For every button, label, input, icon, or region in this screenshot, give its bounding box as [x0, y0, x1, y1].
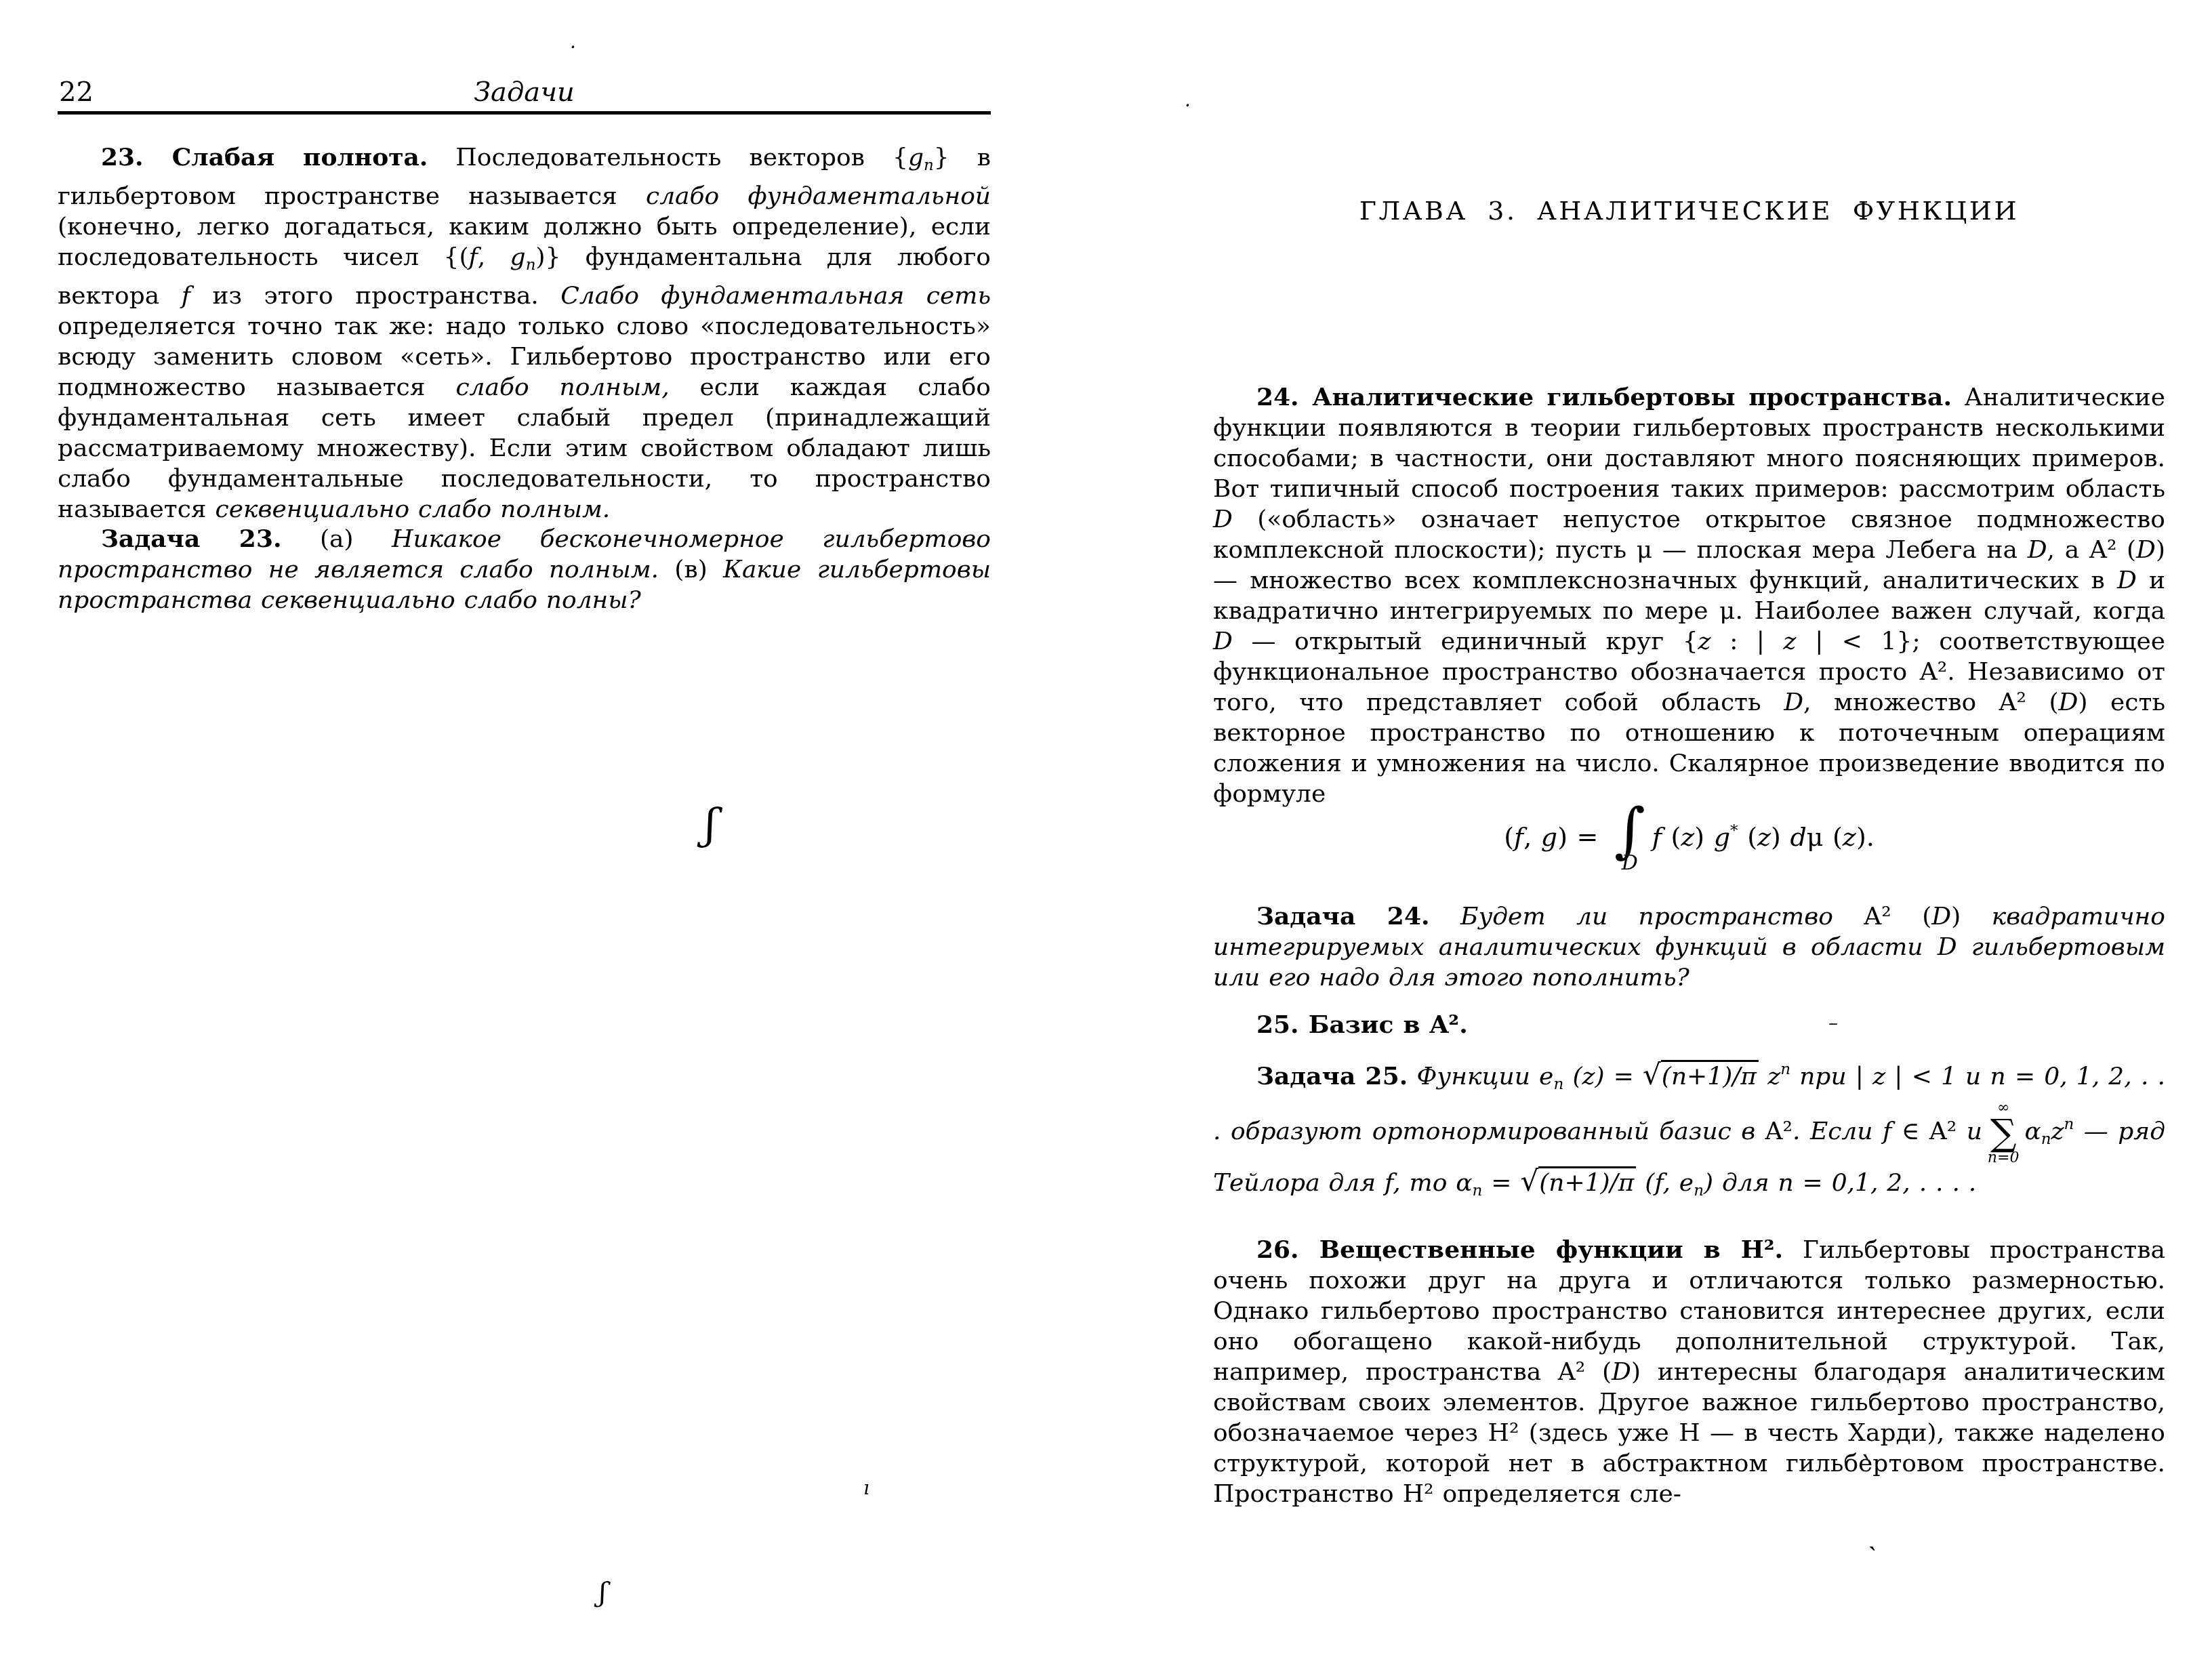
text-run: 25. Базис в A². [1256, 1010, 1468, 1039]
text-run: ) [1771, 822, 1790, 852]
integral-sign-icon: ∫ [1614, 805, 1645, 856]
text-run: g [908, 144, 924, 171]
radicand: (n+1)/π [1661, 1060, 1759, 1090]
right-page: ГЛАВА 3. АНАЛИТИЧЕСКИЕ ФУНКЦИИ 24. Анали… [1213, 0, 2165, 1678]
superscript: n [2064, 1116, 2074, 1133]
text-run: , множество A² ( [1803, 689, 2059, 716]
text-run: z [1582, 1063, 1595, 1090]
text-run: , [478, 243, 510, 271]
subscript: n [1694, 1182, 1704, 1200]
text-run: f [1652, 822, 1662, 852]
scan-artifact: ˋ [1858, 1453, 1872, 1480]
chapter-heading: ГЛАВА 3. АНАЛИТИЧЕСКИЕ ФУНКЦИИ [1213, 195, 2165, 226]
scan-artifact: · [1185, 96, 1191, 115]
text-run: : | [1711, 628, 1784, 655]
block-p23: 23. Слабая полнота. Последовательность в… [58, 142, 991, 525]
text-run: . Если [1793, 1118, 1883, 1145]
scan-artifact: – [1828, 1014, 1838, 1033]
text-run: g [510, 243, 526, 271]
sum-expression: ∞∑n=0 [1988, 1100, 2020, 1166]
text-run: z [1843, 822, 1856, 852]
text-run: ( [1563, 1063, 1582, 1090]
text-run: D [1213, 628, 1233, 655]
text-run: при | [1790, 1063, 1872, 1090]
text-run: z [1759, 1063, 1780, 1090]
text-run: D [2059, 689, 2078, 716]
text-run: z [1872, 1063, 1885, 1090]
sqrt-expression: √(n+1)/π [1643, 1063, 1759, 1090]
text-run: D [2028, 536, 2047, 564]
text-run: (в) [659, 556, 723, 584]
text-run: D [1612, 1358, 1631, 1386]
sum-lower-limit: n=0 [1988, 1150, 2020, 1166]
sum-sign-icon: ∑ [1990, 1116, 2017, 1150]
text-run: ( [1738, 822, 1757, 852]
block-h25: 25. Базис в A². [1213, 1010, 2165, 1040]
running-head: Задачи [58, 76, 991, 108]
text-run: слабо полным, [455, 373, 669, 401]
scan-artifact: ı [863, 1479, 869, 1498]
text-run: e [1679, 1169, 1694, 1197]
text-run: D [1931, 903, 1951, 930]
scan-artifact: ʃ [599, 1579, 607, 1606]
text-run: α [2024, 1118, 2041, 1145]
text-run: и [1967, 1118, 1982, 1145]
text-run: из этого пространства. [190, 282, 560, 310]
subscript: n [526, 256, 536, 274]
text-run: D [2117, 567, 2137, 594]
text-run: z [2051, 1118, 2064, 1145]
text-run: 23. Слабая полнота. [101, 143, 428, 171]
text-run: f [1654, 1169, 1662, 1197]
text-run: μ ( [1807, 822, 1843, 852]
text-run: Функции [1408, 1063, 1539, 1090]
text-run: z [1698, 628, 1711, 655]
text-run: e [1539, 1063, 1553, 1090]
text-run: , то α [1393, 1169, 1472, 1197]
scan-artifact: ˎ [1868, 1522, 1877, 1549]
text-run: f [468, 243, 477, 271]
sqrt-expression: √(n+1)/π [1520, 1169, 1636, 1197]
text-run: D [1213, 506, 1233, 533]
integral-lower-limit: D [1622, 853, 1638, 874]
scan-artifact: ʃ [705, 803, 716, 845]
text-run: Последовательность векторов { [428, 144, 908, 171]
text-run: z [1681, 822, 1694, 852]
header-rule [58, 111, 991, 115]
text-run: ) = [1595, 1063, 1643, 1090]
text-run: z [1784, 628, 1797, 655]
text-run: Задача 23. [101, 525, 282, 553]
text-run: ) [1694, 822, 1713, 852]
block-z23: Задача 23. (а) Никакое бесконечномерное … [58, 524, 991, 615]
text-run: Слабо фундаментальная сеть [560, 282, 991, 310]
text-run: ∈ A² [1891, 1118, 1966, 1145]
text-run: (а) [282, 525, 392, 553]
book-spread-scan: 22 Задачи 23. Слабая полнота. Последоват… [0, 0, 2212, 1678]
text-run: D [2136, 536, 2156, 564]
text-run: («область» означает непустое открытое св… [1213, 506, 2165, 564]
left-page: 22 Задачи 23. Слабая полнота. Последоват… [58, 0, 991, 1678]
text-run: ( [1504, 822, 1514, 852]
text-run: ) [1951, 903, 1961, 930]
subscript: n [1553, 1076, 1563, 1093]
text-run: ( [1662, 822, 1681, 852]
text-run: z [1757, 822, 1771, 852]
block-p26: 26. Вещественные функции в H². Гильберто… [1213, 1235, 2165, 1509]
text-run: g [1714, 822, 1730, 852]
text-run: секвенциально слабо полным. [216, 495, 611, 523]
text-run: 26. Вещественные функции в H². [1256, 1235, 1783, 1264]
text-run: f [1883, 1118, 1891, 1145]
superscript: n [1780, 1061, 1790, 1078]
text-run: — открытый единичный круг { [1233, 628, 1698, 655]
block-p24: 24. Аналитические гильбертовы пространст… [1213, 382, 2165, 809]
superscript: * [1730, 822, 1738, 840]
text-run: 24. Аналитические гильбертовы пространст… [1256, 383, 1952, 411]
text-run: d [1790, 822, 1806, 852]
text-run: = [1482, 1169, 1520, 1197]
block-z24: Задача 24. Будет ли пространство A² (D) … [1213, 901, 2165, 993]
text-run: D [1784, 689, 1803, 716]
text-run: ). [1856, 822, 1875, 852]
subscript: n [924, 157, 934, 174]
text-run: g [1541, 822, 1557, 852]
text-run: ) = [1557, 822, 1607, 852]
text-run: Будет ли пространство [1429, 903, 1864, 930]
text-run: слабо фундаментальной [646, 182, 991, 210]
scan-artifact: · [570, 38, 576, 57]
text-run: ( [1636, 1169, 1654, 1197]
subscript: n [2041, 1130, 2051, 1148]
text-run: D [1938, 933, 1957, 961]
block-z25: Задача 25. Функции en (z) = √(n+1)/π zn … [1213, 1055, 2165, 1206]
text-run: f [1514, 822, 1523, 852]
radicand: (n+1)/π [1538, 1166, 1636, 1197]
text-run: A² ( [1864, 903, 1931, 930]
text-run: , [1662, 1169, 1679, 1197]
text-run: ) для n = 0,1, 2, . . . . [1704, 1169, 1976, 1197]
subscript: n [1473, 1182, 1483, 1200]
text-run: , а A² ( [2047, 536, 2137, 564]
text-run: Задача 24. [1256, 902, 1429, 930]
radical-sign-icon: √ [1520, 1164, 1538, 1198]
text-run: A² [1765, 1118, 1793, 1145]
text-run: f [182, 282, 190, 310]
block-formula24: (f, g) = ∫Df (z) g* (z) dμ (z). [1213, 805, 2165, 874]
integral-expression: ∫D [1614, 805, 1645, 874]
text-run: Задача 25. [1256, 1062, 1408, 1090]
text-run: , [1523, 822, 1541, 852]
radical-sign-icon: √ [1643, 1058, 1661, 1091]
text-run: f [1385, 1169, 1393, 1197]
